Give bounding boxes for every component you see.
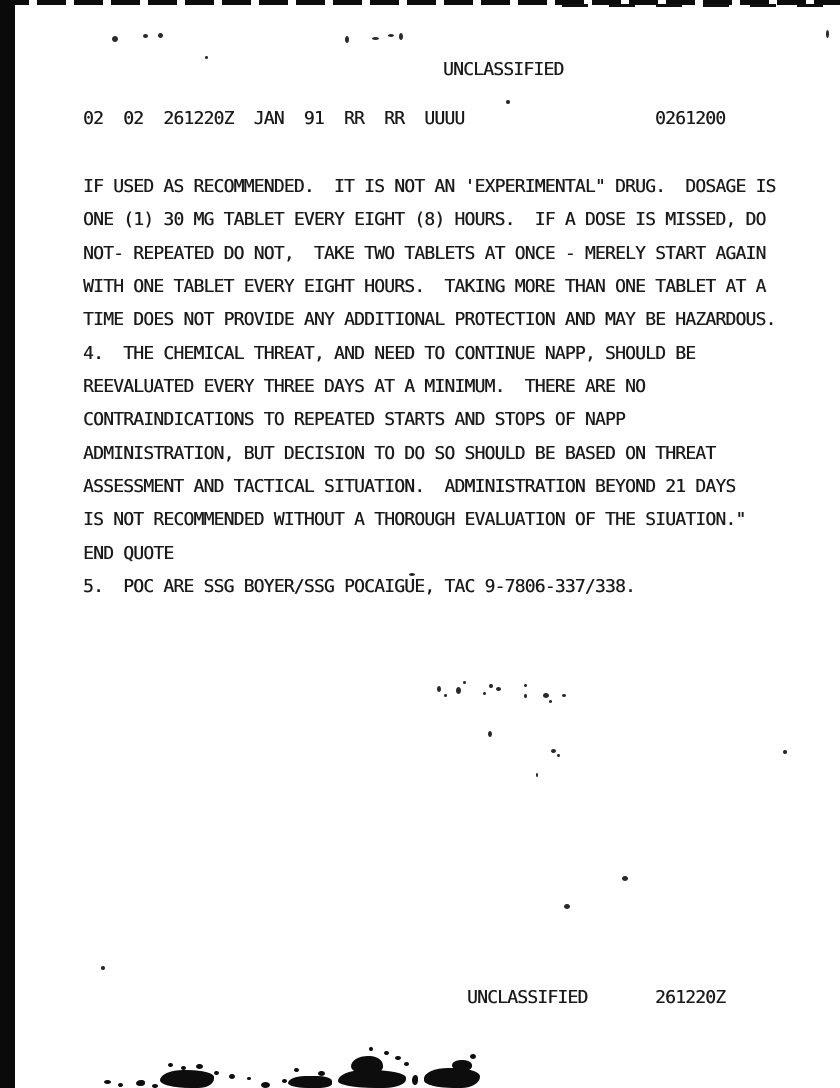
scan-speck <box>143 34 148 38</box>
scan-speck <box>826 30 829 38</box>
scan-speck <box>551 749 556 753</box>
ink-blob <box>118 1083 123 1087</box>
ink-blob <box>181 1066 186 1070</box>
body-text-line: WITH ONE TABLET EVERY EIGHT HOURS. TAKIN… <box>83 270 813 303</box>
body-text-line: END QUOTE <box>83 537 813 570</box>
message-header-dtg: 0261200 <box>655 110 725 128</box>
scan-speck <box>489 684 493 688</box>
ink-blob <box>412 1075 418 1085</box>
footer-classification: UNCLASSIFIED <box>467 989 587 1007</box>
message-header-line: 02 02 261220Z JAN 91 RR RR UUUU <box>83 110 464 128</box>
ink-blob <box>261 1082 270 1088</box>
body-text-line: ASSESSMENT AND TACTICAL SITUATION. ADMIN… <box>83 470 813 503</box>
ink-blob <box>424 1068 480 1088</box>
ink-blob <box>160 1070 214 1088</box>
classification-banner: UNCLASSIFIED <box>443 61 563 79</box>
ink-blob <box>104 1080 111 1084</box>
scan-speck <box>622 876 628 881</box>
ink-blob <box>214 1071 219 1075</box>
scan-speck <box>388 34 394 37</box>
scan-speck <box>112 36 118 42</box>
ink-blob <box>318 1071 325 1076</box>
scan-speck <box>562 694 566 697</box>
body-text-line: NOT- REPEATED DO NOT, TAKE TWO TABLETS A… <box>83 237 813 270</box>
body-text-line: REEVALUATED EVERY THREE DAYS AT A MINIMU… <box>83 370 813 403</box>
scan-speck <box>456 687 461 694</box>
ink-blob <box>369 1047 373 1051</box>
body-text-line: IF USED AS RECOMMENDED. IT IS NOT AN 'EX… <box>83 170 813 203</box>
body-text-line: 4. THE CHEMICAL THREAT, AND NEED TO CONT… <box>83 337 813 370</box>
scan-speck <box>409 573 415 576</box>
scan-speck <box>372 37 379 40</box>
scan-speck <box>437 686 441 692</box>
scan-speck <box>524 694 527 698</box>
ink-blob <box>136 1080 145 1086</box>
ink-blob <box>229 1074 235 1079</box>
body-text-line: CONTRAINDICATIONS TO REPEATED STARTS AND… <box>83 403 813 436</box>
ink-blob <box>196 1064 203 1069</box>
scan-speck <box>158 33 163 38</box>
scan-speck <box>549 700 552 703</box>
scan-speck <box>483 692 486 695</box>
body-text-line: IS NOT RECOMMENDED WITHOUT A THOROUGH EV… <box>83 503 813 536</box>
body-text-line: 5. POC ARE SSG BOYER/SSG POCAIGUE, TAC 9… <box>83 570 813 603</box>
scan-speck <box>463 681 466 684</box>
ink-blob <box>470 1054 476 1059</box>
scan-speck <box>536 773 538 777</box>
message-body: IF USED AS RECOMMENDED. IT IS NOT AN 'EX… <box>83 170 813 603</box>
scan-speck <box>399 33 403 40</box>
ink-blob <box>294 1068 299 1072</box>
body-text-line: ONE (1) 30 MG TABLET EVERY EIGHT (8) HOU… <box>83 203 813 236</box>
scan-speck <box>783 750 787 754</box>
ink-blob <box>351 1056 383 1074</box>
scan-speck <box>205 56 208 59</box>
scan-speck <box>488 731 492 737</box>
body-text-line: TIME DOES NOT PROVIDE ANY ADDITIONAL PRO… <box>83 303 813 336</box>
scan-speck <box>543 693 549 698</box>
scan-speck <box>506 100 510 104</box>
scan-speck <box>524 684 527 687</box>
scan-speck <box>557 754 560 757</box>
scan-speck <box>101 966 105 970</box>
scan-speck <box>496 687 501 691</box>
ink-blob <box>452 1060 472 1071</box>
ink-blob <box>247 1077 251 1080</box>
ink-blob <box>395 1056 401 1060</box>
scan-edge-strip <box>0 0 15 1088</box>
scan-speck <box>345 36 349 43</box>
scan-speck <box>444 694 447 697</box>
ink-blob <box>282 1079 287 1083</box>
perforation-edge-secondary <box>548 4 840 7</box>
ink-blob <box>152 1084 158 1088</box>
body-text-line: ADMINISTRATION, BUT DECISION TO DO SO SH… <box>83 437 813 470</box>
footer-dtg: 261220Z <box>655 989 725 1007</box>
ink-blob <box>404 1062 409 1066</box>
scanned-page: UNCLASSIFIED 02 02 261220Z JAN 91 RR RR … <box>0 0 840 1088</box>
ink-blob <box>168 1063 173 1067</box>
ink-blob <box>288 1076 332 1088</box>
scan-speck <box>564 904 570 909</box>
ink-blob <box>384 1051 389 1055</box>
